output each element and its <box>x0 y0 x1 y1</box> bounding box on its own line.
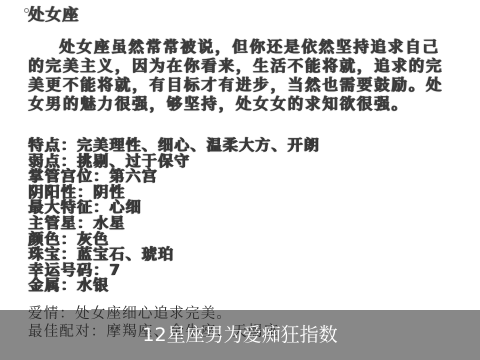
document-title: 处女座 <box>28 2 79 25</box>
intro-paragraph: 处女座虽然常常被说，但你还是依然坚持追求自己的完美主义，因为在你看来，生活不能将… <box>28 38 448 114</box>
attribute-row: 金属：水银 <box>28 278 468 294</box>
attribute-value: 水银 <box>77 276 109 294</box>
attribute-label: 金属： <box>28 276 77 294</box>
attribute-list: 特点：完美理性、细心、温柔大方、开朗 弱点：挑剔、过于保守 掌管宫位：第六宫 阴… <box>28 138 468 294</box>
image-caption: 12星座男为爱痴狂指数 <box>0 320 480 347</box>
intro-paragraph-text: 处女座虽然常常被说，但你还是依然坚持追求自己的完美主义，因为在你看来，生活不能将… <box>28 38 443 113</box>
attribute-value: 7 <box>109 261 121 279</box>
